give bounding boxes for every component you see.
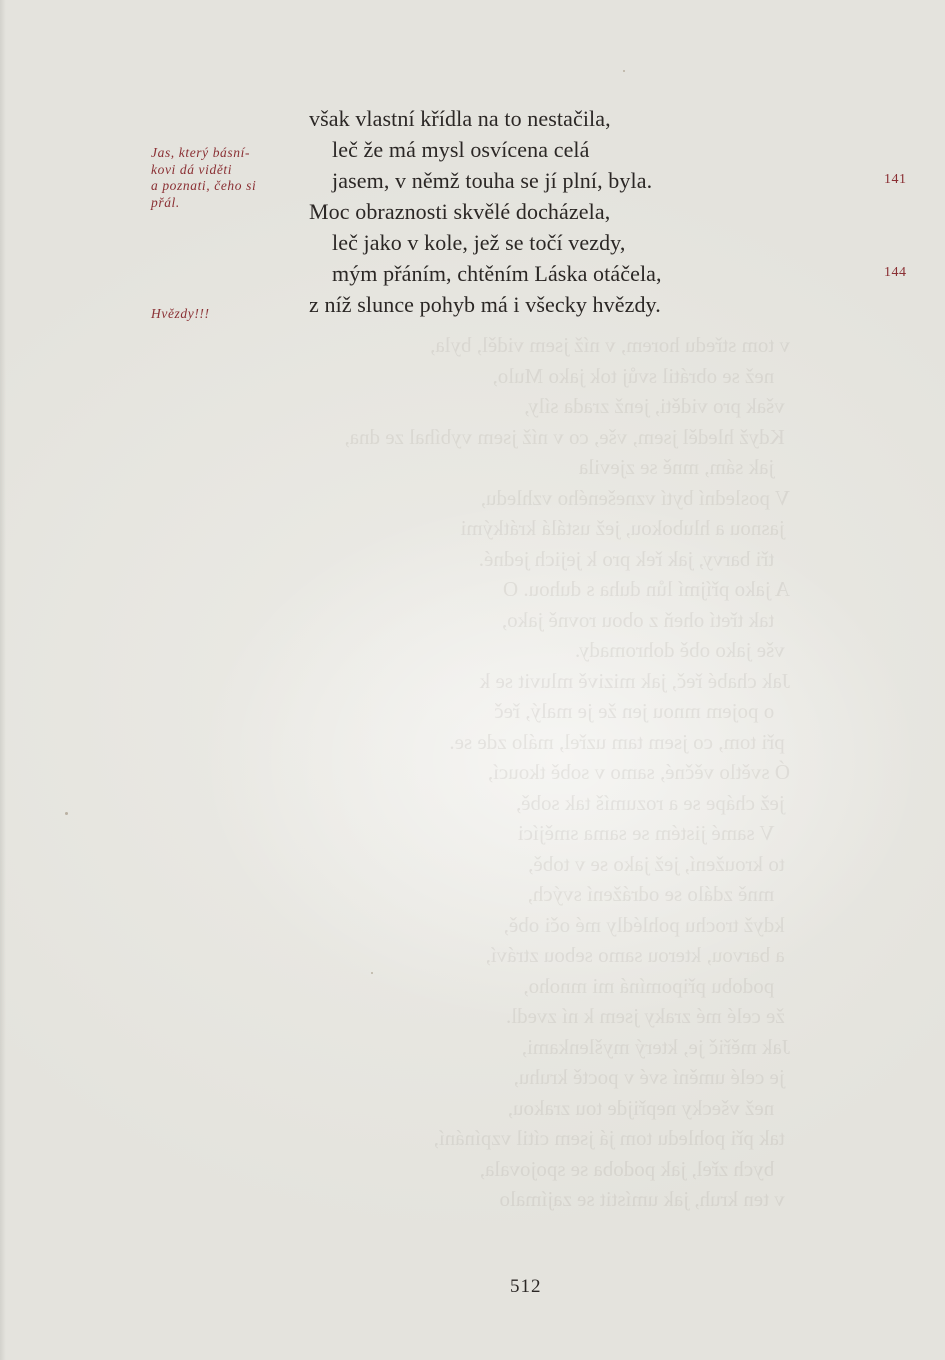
verse-line-3: jasem, v němž touha se jí plní, byla.	[332, 166, 652, 197]
show-through-text: v tom středu horem, v níž jsem viděl, by…	[190, 330, 790, 1250]
paper-speck	[371, 972, 373, 974]
verse-line-7: z níž slunce pohyb má i všecky hvězdy.	[309, 290, 661, 321]
line-number-141: 141	[884, 172, 924, 188]
line-number-144: 144	[884, 265, 924, 281]
verse-line-2: leč že má mysl osvícena celá	[332, 135, 590, 166]
paper-speck	[623, 70, 625, 72]
paper-speck	[65, 812, 68, 815]
margin-gloss-stars: Hvězdy!!!	[151, 306, 210, 323]
verse-line-1: však vlastní křídla na to nestačila,	[309, 104, 611, 135]
margin-gloss-light: Jas, který básní- kovi dá viděti a pozna…	[151, 145, 256, 211]
verse-line-5: leč jako v kole, jež se točí vezdy,	[332, 228, 625, 259]
book-page: v tom středu horem, v níž jsem viděl, by…	[0, 0, 945, 1360]
page-number: 512	[510, 1276, 542, 1298]
page-edge-shadow	[0, 0, 6, 1360]
verse-line-6: mým přáním, chtěním Láska otáčela,	[332, 259, 662, 290]
verse-line-4: Moc obraznosti skvělé docházela,	[309, 197, 610, 228]
